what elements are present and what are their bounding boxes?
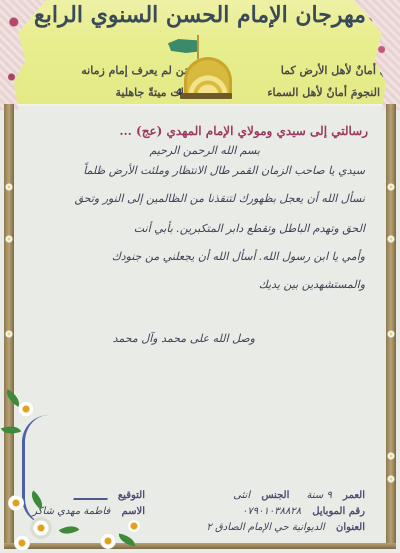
leaf-icon (117, 534, 136, 547)
white-flower-icon (18, 401, 34, 417)
mobile-label: رقم الموبايل (312, 506, 365, 517)
age-gender-field: العمر ٩ سنة الجنس انثى (233, 490, 365, 501)
mobile-field: رقم الموبايل ٠٧٩٠١٠٣٨٨٢٨ (242, 506, 365, 517)
logo-caption (180, 93, 232, 99)
small-flower-icon (5, 235, 13, 243)
small-flower-icon (387, 330, 395, 338)
white-flower-icon (100, 533, 116, 549)
gender-value: انثى (233, 490, 250, 501)
leaf-icon (59, 521, 80, 539)
gender-label: الجنس (261, 490, 289, 501)
body-line: سيدي يا صاحب الزمان القمر طال الانتظار و… (83, 164, 365, 177)
white-flower-icon (30, 517, 52, 539)
couplet-left-line-2: مات ميتةً جاهلية (50, 82, 190, 104)
small-flower-icon (387, 475, 395, 483)
festival-title: مهرجان الإمام الحسن السنوي الرابع (10, 2, 390, 28)
flag-pole (197, 35, 199, 59)
body-line: وأمي يا ابن رسول الله. أسأل الله أن يجعل… (112, 250, 365, 263)
small-flower-icon (387, 235, 395, 243)
letter-sheet: مهرجان الإمام الحسن السنوي الرابع إني أم… (0, 0, 400, 553)
small-flower-icon (387, 452, 395, 460)
small-flower-icon (387, 183, 395, 191)
leaf-icon (1, 422, 21, 438)
body-line: الحق وتهدم الباطل وتقطع دابر المتكبرين. … (134, 222, 365, 235)
blue-ribbon-icon (22, 415, 49, 525)
age-label: العمر (343, 490, 365, 501)
basmala: بسم الله الرحمن الرحيم (149, 144, 260, 157)
address-value: الديوانية حي الإمام الصادق ٢ (206, 522, 324, 533)
floral-decoration (0, 385, 140, 553)
address-label: العنوان (336, 522, 365, 533)
small-flower-icon (5, 330, 13, 338)
couplet-right-line-1: إني أمانٌ لأهل الأرض كما (255, 60, 395, 82)
letter-subject: رسالتي إلى سيدي ومولاي الإمام المهدي (عج… (119, 124, 368, 138)
closing-line: وصل الله على محمد وآل محمد (113, 332, 255, 345)
address-field: العنوان الديوانية حي الإمام الصادق ٢ (206, 522, 365, 533)
body-line: نسأل الله أن يعجل بظهورك لتنقذنا من الظا… (75, 192, 365, 205)
age-value: ٩ سنة (307, 490, 332, 501)
white-flower-icon (14, 535, 30, 551)
white-flower-icon (8, 495, 24, 511)
couplet-left-line-1: مَن لم يعرف إمام زمانه (50, 60, 190, 82)
white-flower-icon (128, 520, 140, 532)
small-flower-icon (5, 183, 13, 191)
couplet-right: إني أمانٌ لأهل الأرض كما أنّ النجومَ أما… (255, 60, 395, 104)
logo-number: 4 (176, 88, 182, 98)
mobile-value: ٠٧٩٠١٠٣٨٨٢٨ (242, 506, 301, 517)
couplet-left: مَن لم يعرف إمام زمانه مات ميتةً جاهلية (50, 60, 190, 104)
couplet-right-line-2: أنّ النجومَ أمانٌ لأهل السماء (255, 82, 395, 104)
body-line: والمستشهدين بين يديك (259, 278, 365, 291)
